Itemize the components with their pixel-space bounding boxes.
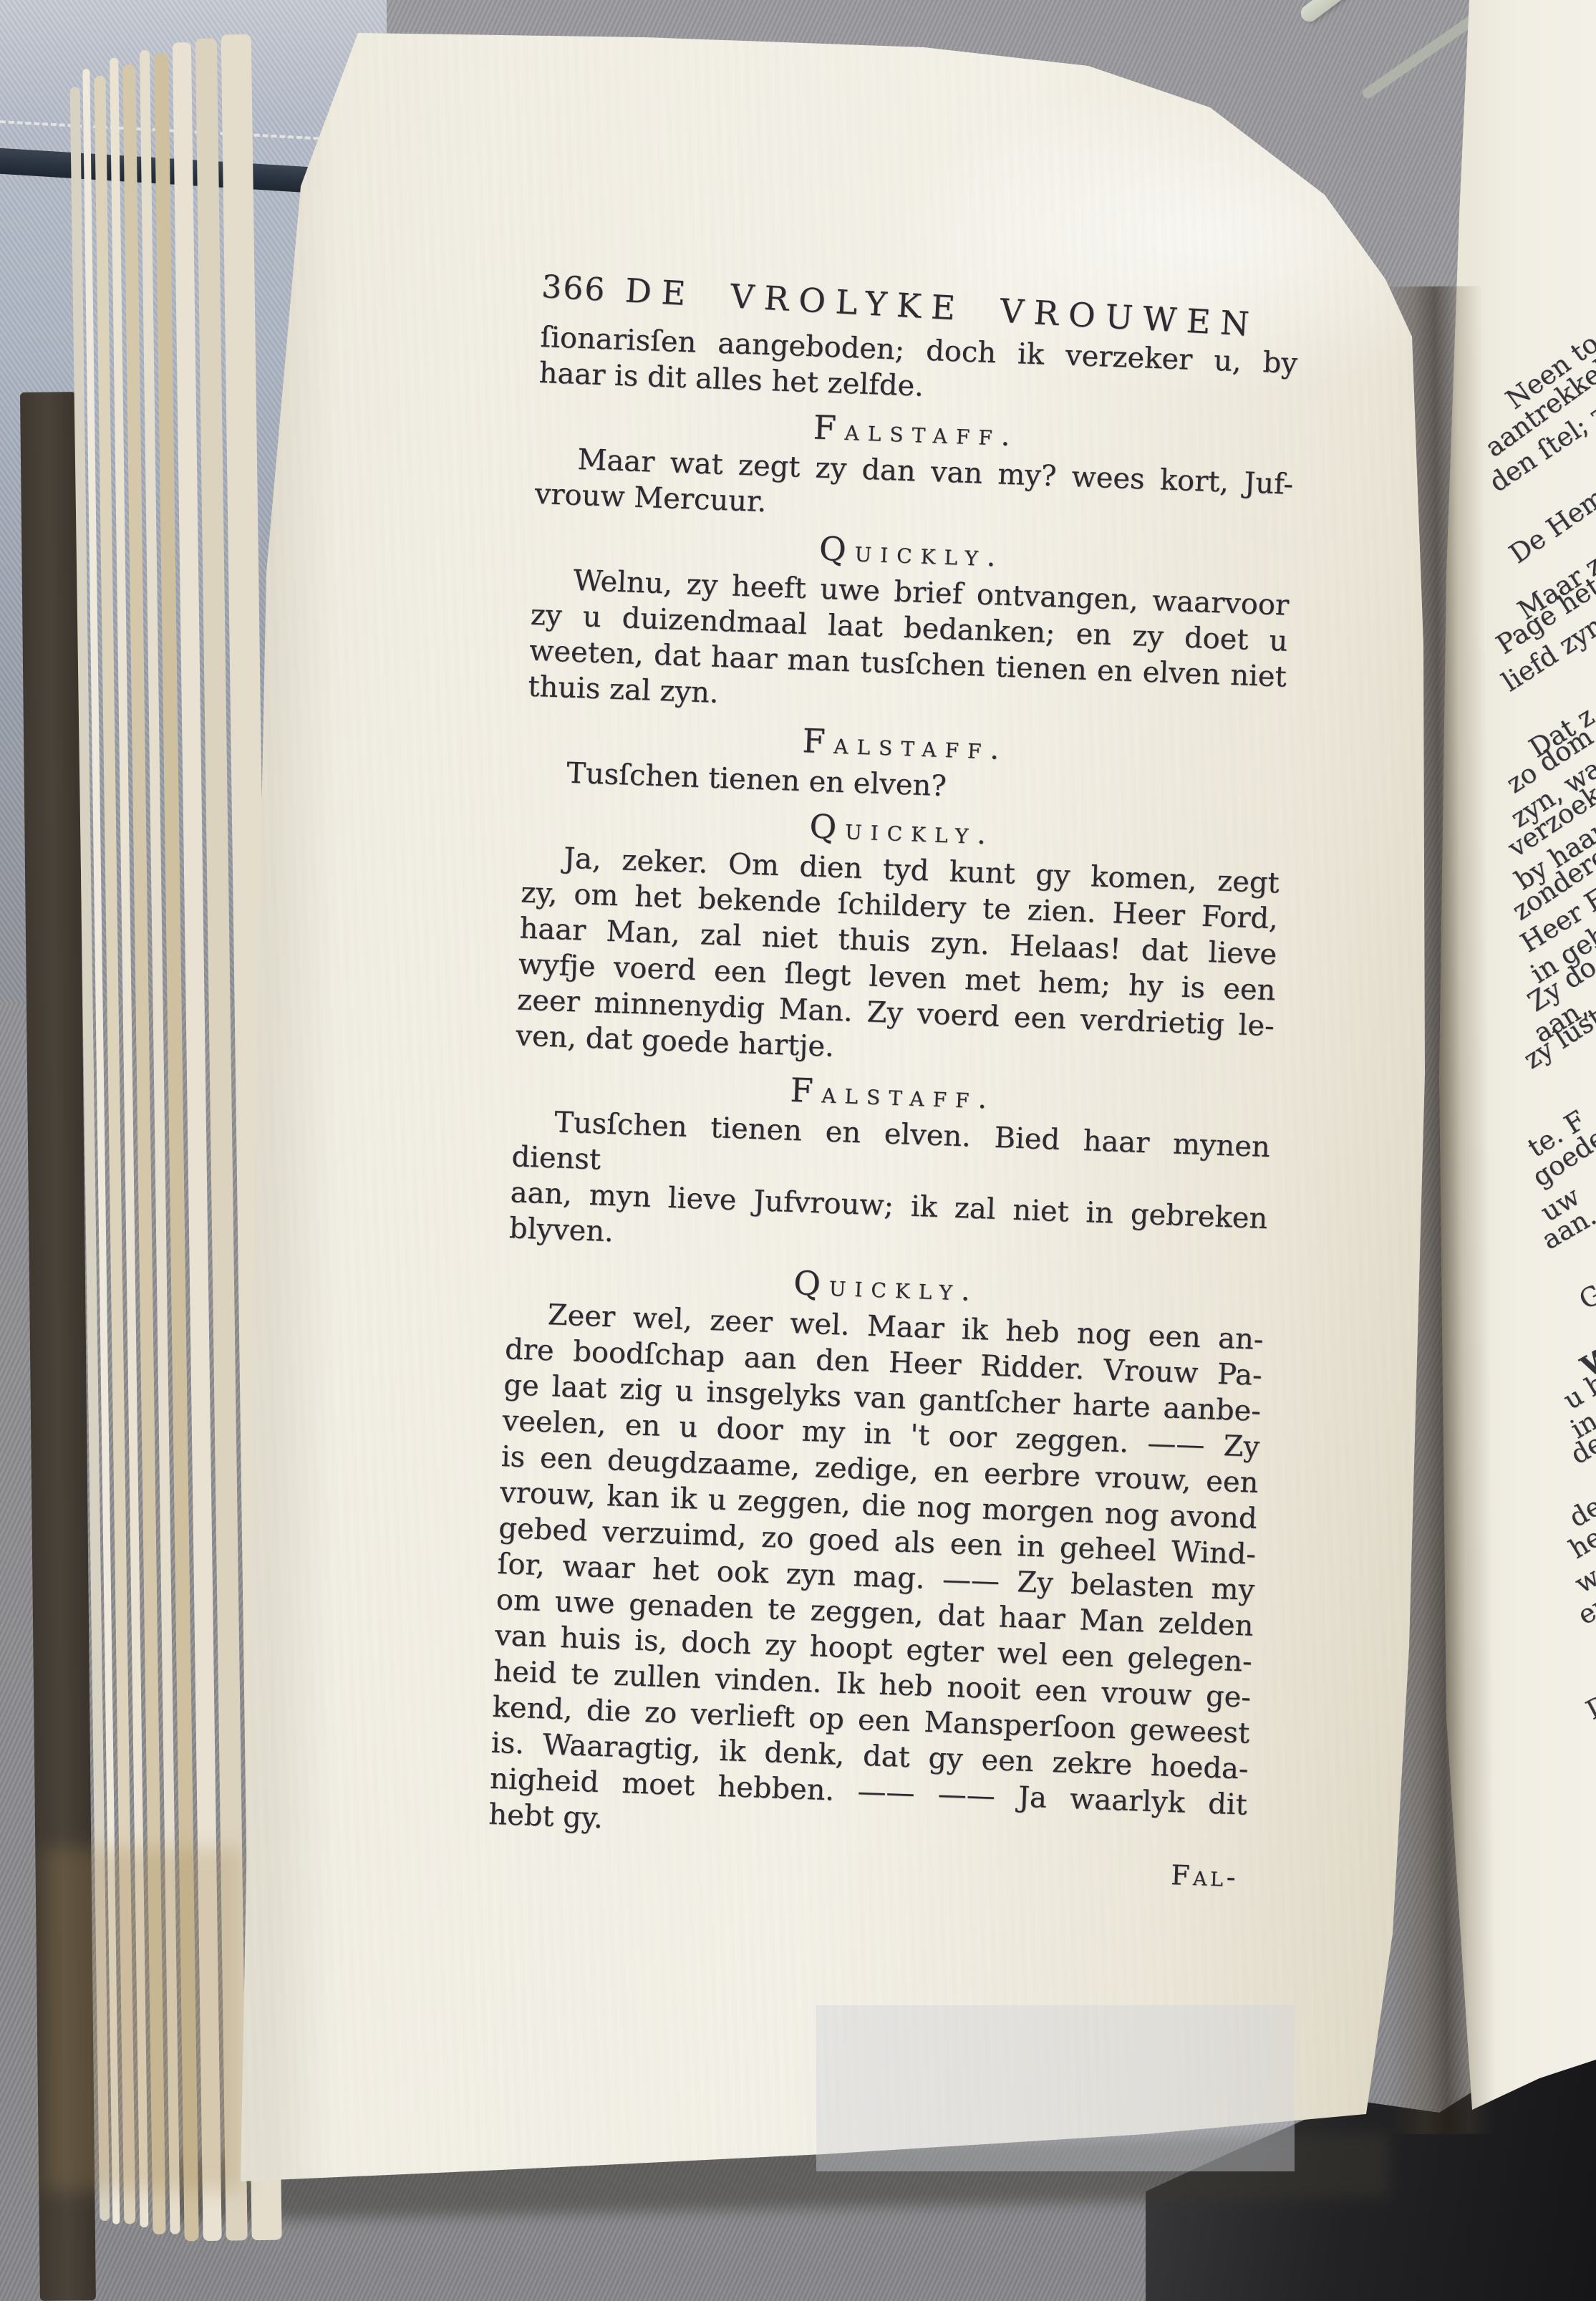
- book-photo: Neen tocaantrekkelykden ſtel; zDe HemMaa…: [0, 0, 1596, 2301]
- printed-text-block: 366 DE VROLYKE VROUWEN ſionarisſen aange…: [487, 266, 1300, 1896]
- text-lines: ſionarisſen aangeboden; doch ik verzeker…: [488, 319, 1298, 1859]
- page-number: 366: [541, 269, 607, 309]
- page-edge-staining: [43, 1848, 243, 2191]
- light-patch-artifact: [816, 2005, 1295, 2171]
